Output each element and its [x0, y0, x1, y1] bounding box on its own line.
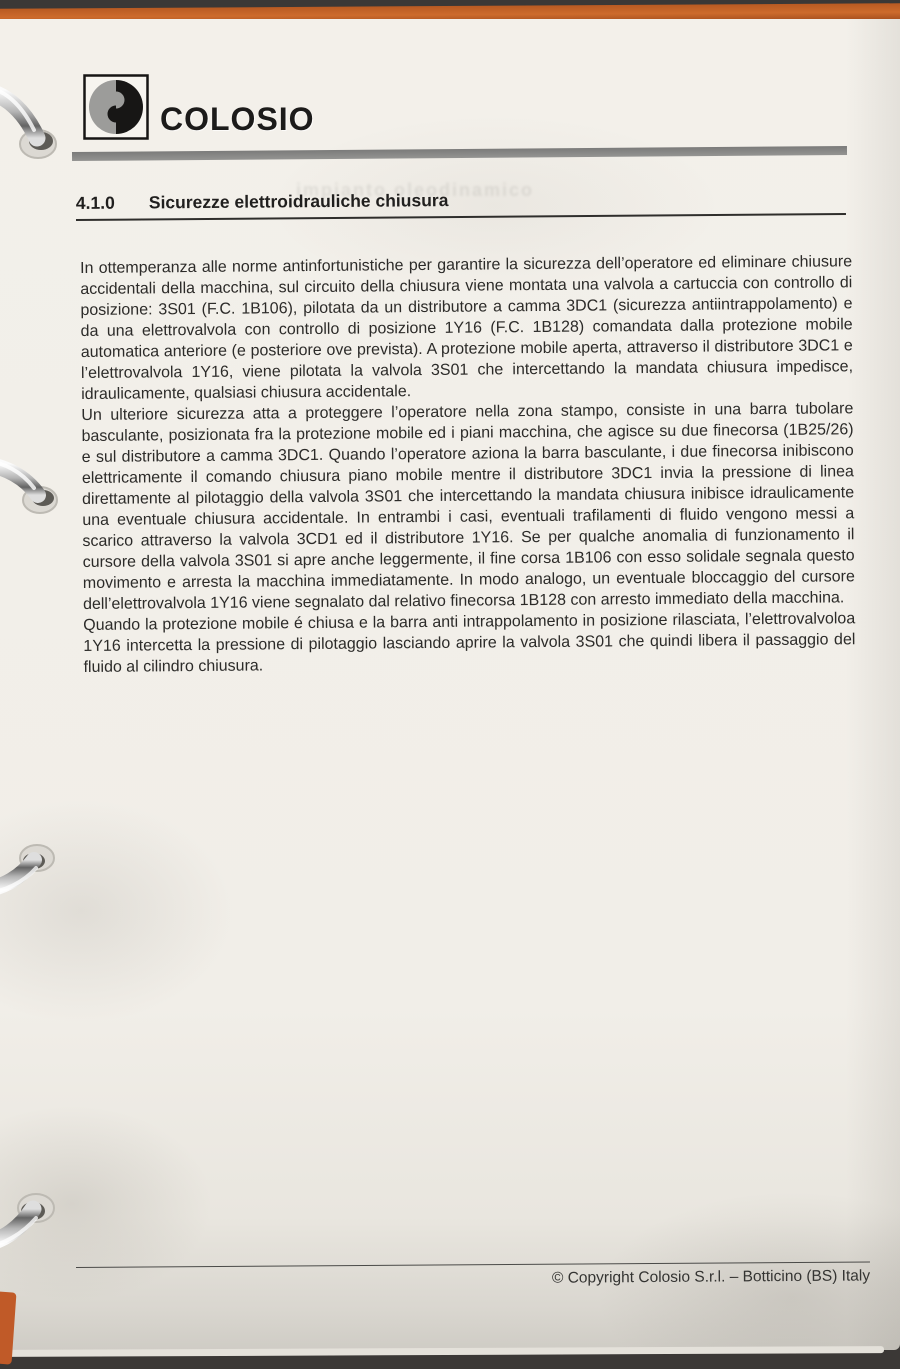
paragraph-1: In ottemperanza alle norme antinfortunis…: [80, 251, 853, 405]
section-number: 4.1.0: [76, 192, 149, 214]
body-text: In ottemperanza alle norme antinfortunis…: [80, 251, 856, 678]
paragraph-2: Un ulteriore sicurezza atta a proteggere…: [81, 398, 855, 615]
binder-ring-icon: [0, 448, 70, 558]
brand-header: COLOSIO: [83, 74, 315, 145]
binder-ring-icon: [0, 76, 70, 186]
section-title: Sicurezze elettroidrauliche chiusura: [149, 190, 449, 213]
binder-ring-icon: [0, 828, 70, 938]
colosio-logo-icon: [83, 74, 149, 145]
paragraph-3: Quando la protezione mobile é chiusa e l…: [83, 608, 856, 678]
binder-ring-icon: [0, 1176, 70, 1286]
copyright-text: © Copyright Colosio S.r.l. – Botticino (…: [552, 1267, 870, 1286]
brand-name: COLOSIO: [160, 101, 315, 138]
photographed-manual-page: COLOSIO impianto oleodinamico 4.1.0 Sicu…: [0, 0, 900, 1369]
